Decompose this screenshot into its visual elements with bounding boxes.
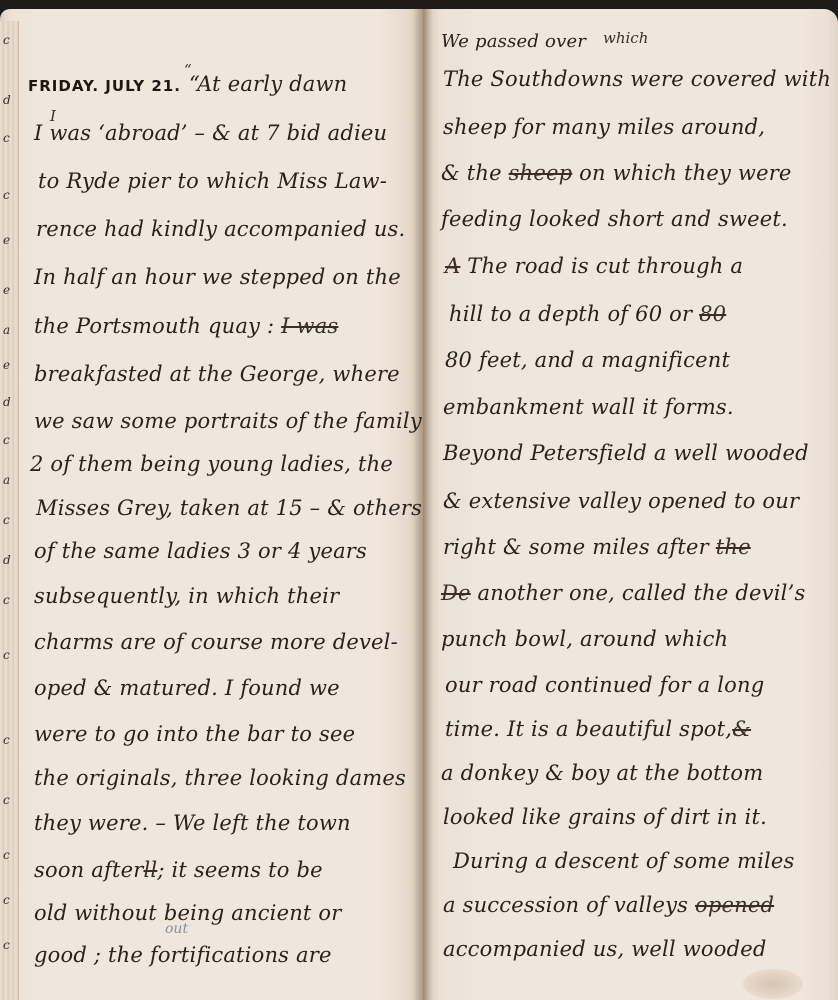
pencil-correction: out	[165, 921, 188, 937]
diary-line: punch bowl, around which	[441, 627, 728, 651]
diary-line: rence had kindly accompanied us.	[36, 217, 405, 241]
right-page-text: We passed over which The Southdowns were…	[423, 9, 838, 1000]
diary-line: A The road is cut through a	[445, 254, 743, 278]
diary-line: good ; the fortifications are	[34, 943, 332, 967]
diary-line: time. It is a beautiful spot,&	[445, 717, 751, 741]
diary-line: breakfasted at the George, where	[34, 362, 400, 386]
struck-text: ll	[143, 858, 157, 882]
diary-line: In half an hour we stepped on the	[34, 265, 401, 289]
diary-line: hill to a depth of 60 or 80	[449, 302, 726, 326]
diary-spread: c d c c e e a e d c a c d c c c c c c c …	[0, 9, 838, 1000]
diary-line: Beyond Petersfield a well wooded	[443, 441, 809, 465]
diary-line: I was ‘abroad’ – & at 7 bid adieu	[34, 121, 387, 145]
diary-line: right & some miles after the	[443, 535, 751, 559]
left-page-text: “ FRIDAY. JULY 21.“At early dawn I I was…	[0, 9, 423, 1000]
diary-line: subsequently, in which their	[34, 584, 339, 608]
struck-text: De	[441, 581, 471, 605]
struck-text: sheep	[509, 161, 573, 185]
diary-line: FRIDAY. JULY 21.“At early dawn	[28, 72, 347, 96]
diary-line: they were. – We left the town	[34, 811, 351, 835]
struck-text: A	[445, 254, 460, 278]
entry-date-heading: FRIDAY. JULY 21.	[28, 77, 181, 95]
diary-line: Misses Grey, taken at 15 – & others	[36, 496, 422, 520]
diary-line: 2 of them being young ladies, the	[30, 452, 393, 476]
diary-line: 80 feet, and a magnificent	[445, 348, 730, 372]
diary-line: During a descent of some miles	[453, 849, 795, 873]
struck-text: the	[716, 535, 751, 559]
struck-text: 80	[699, 302, 726, 326]
diary-line: charms are of course more devel-	[34, 630, 398, 654]
diary-line: we saw some portraits of the family	[34, 409, 422, 433]
diary-line: De another one, called the devil’s	[441, 581, 805, 605]
diary-line: looked like grains of dirt in it.	[443, 805, 767, 829]
diary-line: sheep for many miles around,	[443, 115, 765, 139]
diary-line: were to go into the bar to see	[34, 722, 355, 746]
diary-line: our road continued for a long	[445, 673, 764, 697]
diary-line: soon afterll; it seems to be	[34, 858, 323, 882]
struck-text: &	[732, 717, 751, 741]
diary-line: embankment wall it forms.	[443, 395, 734, 419]
diary-line: & extensive valley opened to our	[443, 489, 799, 513]
interlinear-insert: which	[603, 29, 648, 47]
diary-line: the originals, three looking dames	[34, 766, 406, 790]
struck-text: I was	[281, 314, 338, 338]
right-page: We passed over which The Southdowns were…	[423, 9, 838, 1000]
diary-line: accompanied us, well wooded	[443, 937, 767, 961]
diary-line: feeding looked short and sweet.	[441, 207, 788, 231]
diary-line: to Ryde pier to which Miss Law-	[38, 169, 387, 193]
left-page: c d c c e e a e d c a c d c c c c c c c …	[0, 9, 423, 1000]
diary-line: of the same ladies 3 or 4 years	[34, 539, 367, 563]
diary-line: The Southdowns were covered with	[443, 67, 831, 91]
diary-line: the Portsmouth quay : I was	[34, 314, 338, 338]
diary-line: & the sheep on which they were	[441, 161, 792, 185]
diary-line: a donkey & boy at the bottom	[441, 761, 763, 785]
diary-line: oped & matured. I found we	[34, 676, 340, 700]
diary-line: a succession of valleys opened	[443, 893, 774, 917]
struck-text: opened	[695, 893, 774, 917]
diary-line: We passed over	[441, 31, 586, 52]
